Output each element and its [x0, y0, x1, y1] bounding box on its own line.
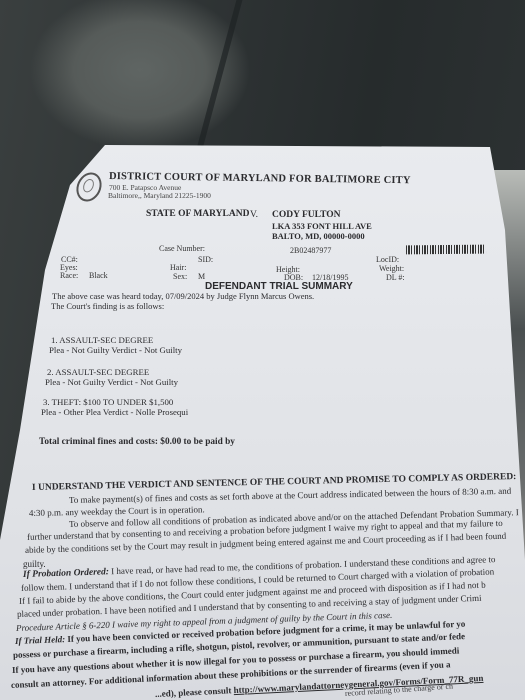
sex-value: M: [198, 273, 205, 281]
charge-3-title: 3. THEFT: $100 TO UNDER $1,500: [43, 398, 173, 407]
sex-label: Sex:: [173, 273, 187, 281]
heard-line: The above case was heard today, 07/09/20…: [52, 292, 314, 301]
ack-line-6: guilty.: [23, 560, 46, 569]
defendant-address2: BALTO, MD, 00000-0000: [272, 232, 365, 241]
defendant-name: CODY FULTON: [272, 211, 341, 221]
charge-1-title: 1. ASSAULT-SEC DEGREE: [51, 336, 153, 345]
locid-label: LocID:: [376, 256, 399, 264]
finding-line: The Court's finding is as follows:: [51, 302, 164, 311]
weight-label: Weight:: [379, 265, 404, 273]
case-number: 2B02487977: [290, 247, 331, 255]
case-number-label: Case Number:: [159, 245, 205, 253]
race-value: Black: [89, 272, 108, 280]
defendant-address1: LKA 353 FONT HILL AVE: [272, 222, 372, 231]
race-label: Race:: [60, 272, 78, 280]
fines-line: Total criminal fines and costs: $0.00 to…: [39, 438, 235, 447]
trial-held-label: If Trial Held:: [15, 634, 66, 646]
versus: V.: [250, 211, 258, 221]
dl-label: DL #:: [386, 274, 405, 282]
charge-2-title: 2. ASSAULT-SEC DEGREE: [47, 368, 149, 377]
plaintiff-name: STATE OF MARYLAND: [146, 210, 249, 220]
court-address-line2: Baltimore,, Maryland 21225-1900: [108, 192, 211, 200]
probation-label: If Probation Ordered:: [23, 567, 109, 580]
consult-prefix: ...ed), please consult: [155, 685, 232, 699]
sid-label: SID:: [198, 256, 213, 264]
hair-label: Hair:: [170, 264, 186, 272]
charge-3-disposition: Plea - Other Plea Verdict - Nolle Proseq…: [41, 408, 188, 417]
barcode-icon: [406, 245, 486, 255]
charge-2-disposition: Plea - Not Guilty Verdict - Not Guilty: [45, 378, 178, 387]
charge-1-disposition: Plea - Not Guilty Verdict - Not Guilty: [49, 346, 182, 355]
